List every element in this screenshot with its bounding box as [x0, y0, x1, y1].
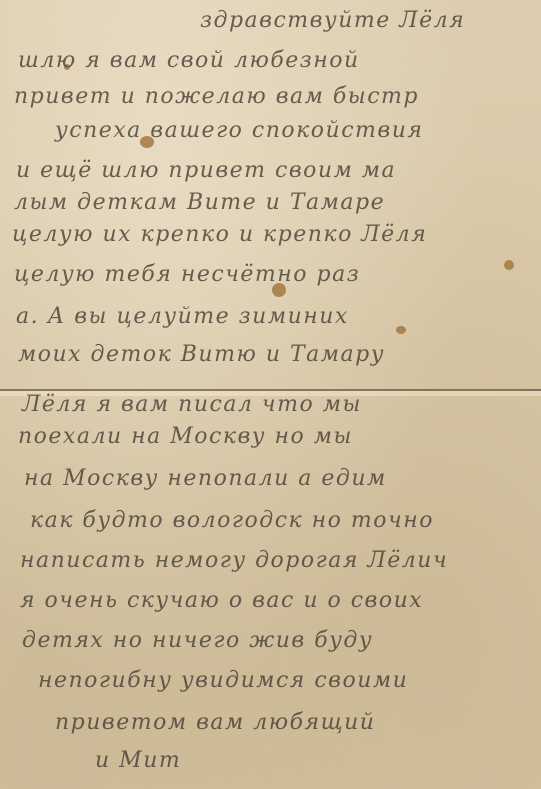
letter-line-3: привет и пожелаю вам быстр	[14, 84, 419, 109]
letter-line-2: шлю я вам свой любезной	[18, 48, 360, 73]
letter-line-18: непогибну увидимся своими	[38, 668, 408, 693]
stain-spot	[504, 260, 514, 270]
letter-line-20: и Мит	[95, 748, 181, 773]
letter-line-9: а. А вы целуйте зиминих	[16, 304, 349, 329]
letter-line-14: как будто вологодск но точно	[30, 508, 434, 533]
letter-line-11: Лёля я вам писал что мы	[22, 392, 362, 417]
letter-line-15: написать немогу дорогая Лёлич	[20, 548, 448, 573]
letter-line-16: я очень скучаю о вас и о своих	[20, 588, 423, 613]
letter-line-10: моих деток Витю и Тамару	[18, 342, 385, 367]
letter-line-1: здравствуйте Лёля	[200, 8, 465, 33]
letter-line-12: поехали на Москву но мы	[18, 424, 353, 449]
letter-line-17: детях но ничего жив буду	[22, 628, 373, 653]
letter-line-19: приветом вам любящий	[55, 710, 375, 735]
letter-line-7: целую их крепко и крепко Лёля	[12, 222, 427, 247]
stain-spot	[396, 326, 406, 334]
letter-page: здравствуйте Лёля шлю я вам свой любезно…	[0, 0, 541, 789]
letter-line-8: целую тебя несчётно раз	[14, 262, 360, 287]
letter-line-5: и ещё шлю привет своим ма	[16, 158, 396, 183]
letter-line-4: успеха вашего спокойствия	[55, 118, 423, 143]
letter-line-13: на Москву непопали а едим	[24, 466, 387, 491]
letter-line-6: лым деткам Вите и Тамаре	[14, 190, 385, 215]
